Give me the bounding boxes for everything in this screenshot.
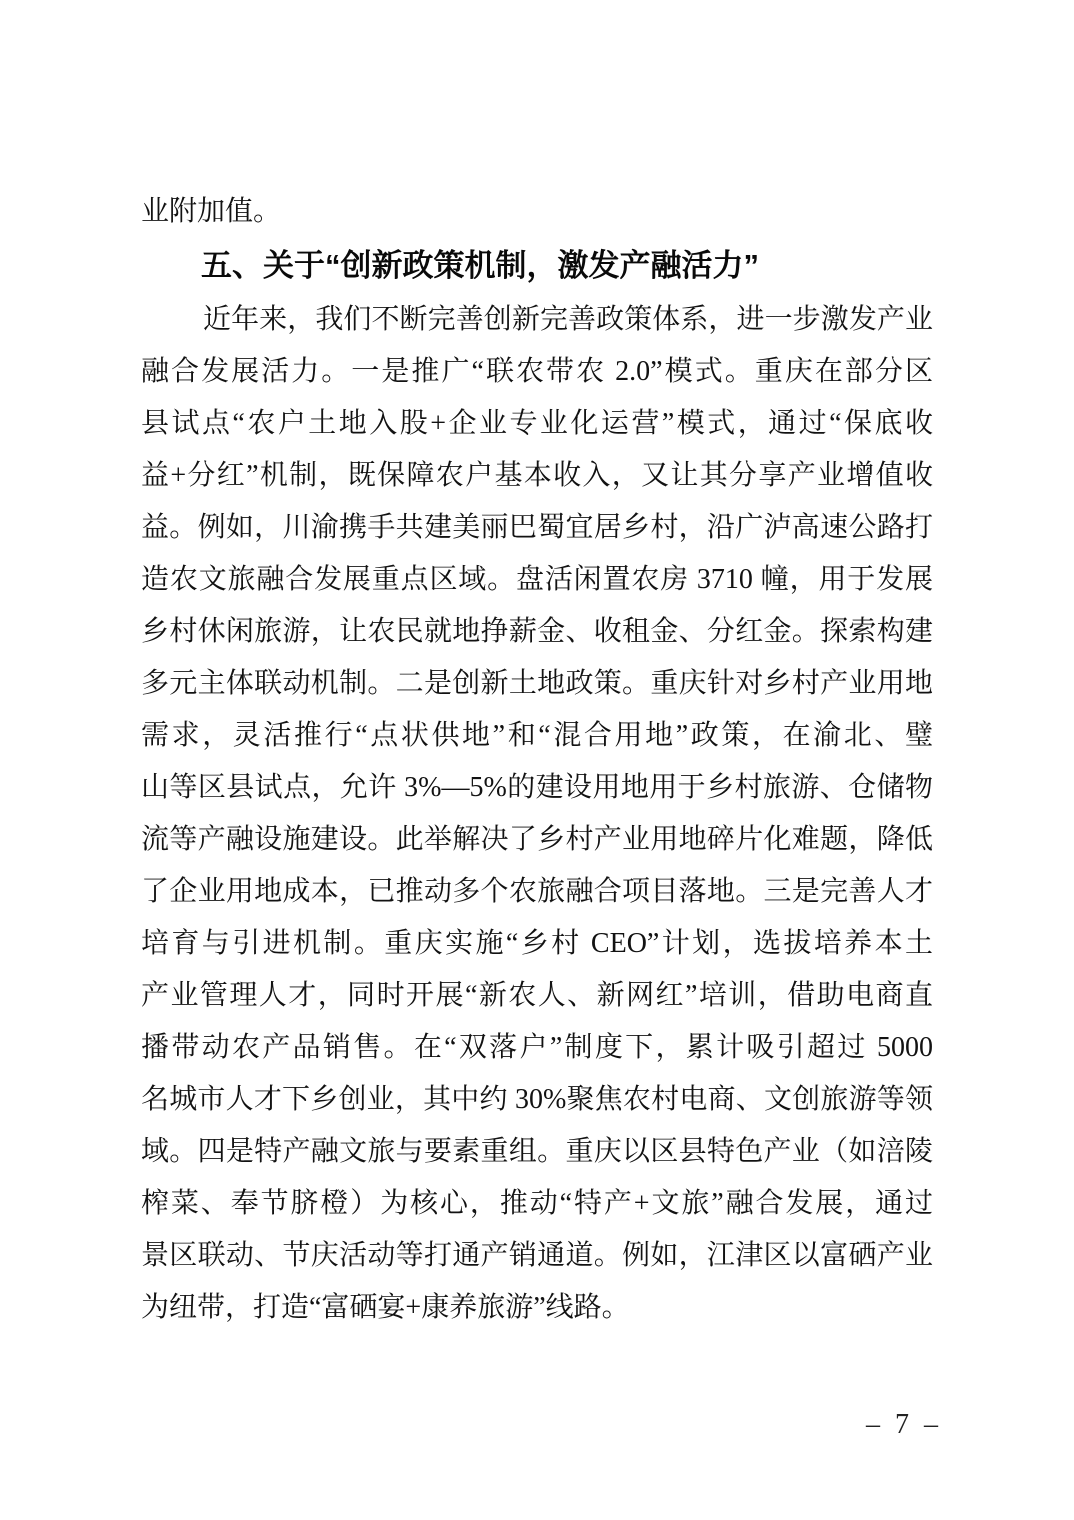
body-line: 榨菜、奉节脐橙）为核心，推动“特产+文旅”融合发展，通过 — [141, 1178, 933, 1230]
body-line: 域。四是特产融文旅与要素重组。重庆以区县特色产业（如涪陵 — [141, 1126, 933, 1178]
body-line: 培育与引进机制。重庆实施“乡村 CEO”计划，选拔培养本土 — [141, 918, 933, 970]
text-block: 业附加值。 五、关于“创新政策机制，激发产融活力” 近年来，我们不断完善创新完善… — [141, 186, 933, 1334]
body-line: 县试点“农户土地入股+企业专业化运营”模式，通过“保底收 — [141, 398, 933, 450]
body-line: 融合发展活力。一是推广“联农带农 2.0”模式。重庆在部分区 — [141, 346, 933, 398]
body-line: 造农文旅融合发展重点区域。盘活闲置农房 3710 幢，用于发展 — [141, 554, 933, 606]
body-line: 益。例如，川渝携手共建美丽巴蜀宜居乡村，沿广泸高速公路打 — [141, 502, 933, 554]
section-heading: 五、关于“创新政策机制，激发产融活力” — [141, 238, 933, 294]
body-line: 景区联动、节庆活动等打通产销通道。例如，江津区以富硒产业 — [141, 1230, 933, 1282]
body-line: 播带动农产品销售。在“双落户”制度下，累计吸引超过 5000 — [141, 1022, 933, 1074]
body-line: 乡村休闲旅游，让农民就地挣薪金、收租金、分红金。探索构建 — [141, 606, 933, 658]
page-number: – 7 – — [866, 1408, 942, 1442]
body-line: 产业管理人才，同时开展“新农人、新网红”培训，借助电商直 — [141, 970, 933, 1022]
body-line: 多元主体联动机制。二是创新土地政策。重庆针对乡村产业用地 — [141, 658, 933, 710]
body-line: 流等产融设施建设。此举解决了乡村产业用地碎片化难题，降低 — [141, 814, 933, 866]
body-line: 需求，灵活推行“点状供地”和“混合用地”政策，在渝北、璧 — [141, 710, 933, 762]
body-line: 名城市人才下乡创业，其中约 30%聚焦农村电商、文创旅游等领 — [141, 1074, 933, 1126]
document-page: 业附加值。 五、关于“创新政策机制，激发产融活力” 近年来，我们不断完善创新完善… — [0, 0, 1074, 1520]
body-line: 了企业用地成本，已推动多个农旅融合项目落地。三是完善人才 — [141, 866, 933, 918]
paragraph-end-line: 业附加值。 — [141, 186, 933, 238]
body-line: 益+分红”机制，既保障农户基本收入，又让其分享产业增值收 — [141, 450, 933, 502]
body-line: 山等区县试点，允许 3%—5%的建设用地用于乡村旅游、仓储物 — [141, 762, 933, 814]
body-line: 近年来，我们不断完善创新完善政策体系，进一步激发产业 — [141, 294, 933, 346]
paragraph-end-line: 为纽带，打造“富硒宴+康养旅游”线路。 — [141, 1282, 933, 1334]
